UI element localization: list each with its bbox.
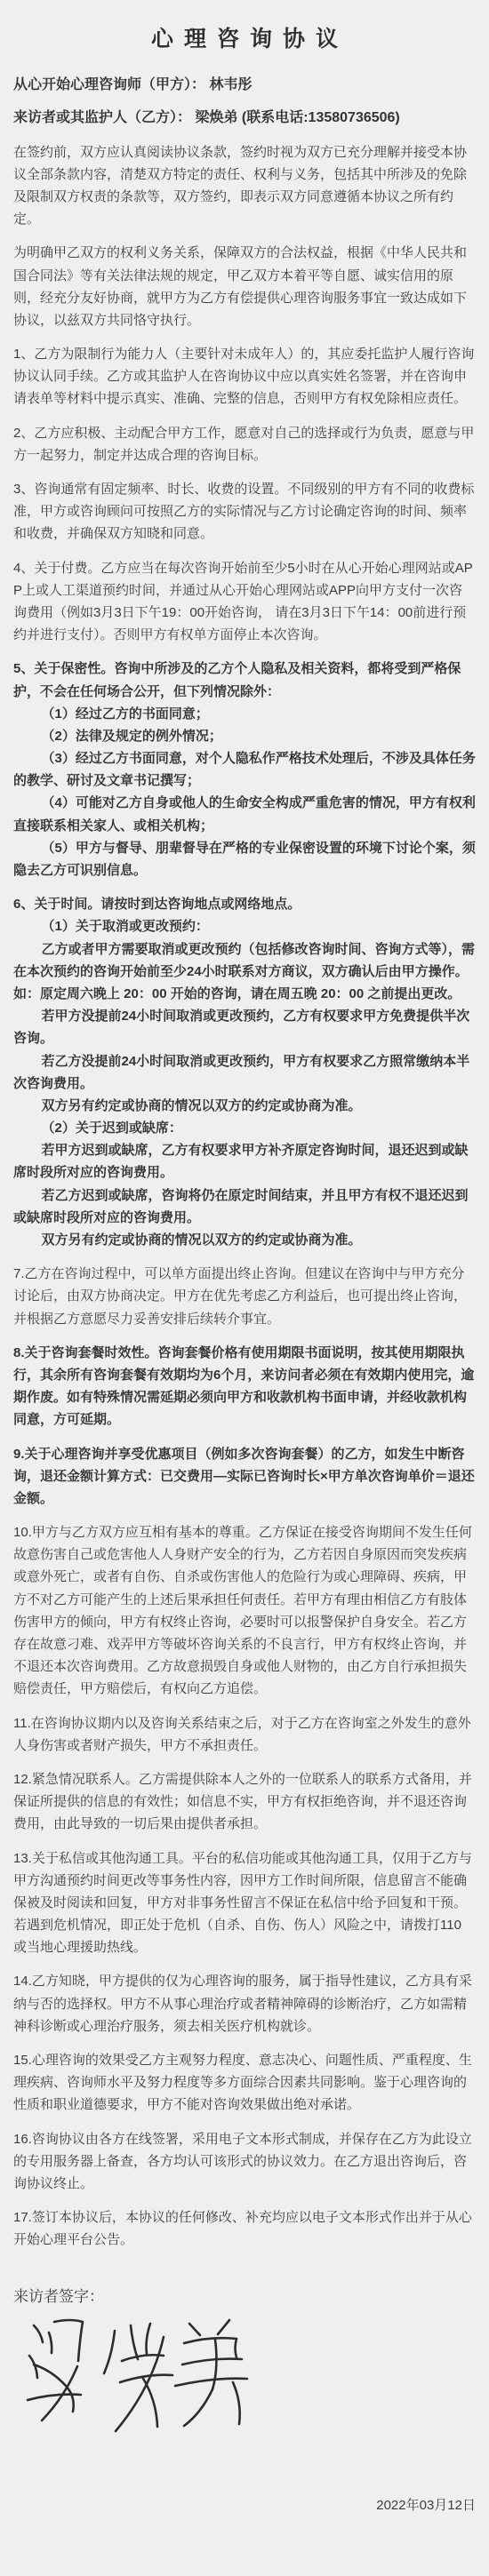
agreement-paragraph: （1）关于取消或更改预约： <box>13 915 476 937</box>
agreement-paragraph: 14.乙方知晓，甲方提供的仅为心理咨询的服务，属于指导性建议，乙方具有采纳与否的… <box>13 1970 476 2038</box>
agreement-paragraph: 若乙方迟到或缺席，咨询将仍在原定时间结束，并且甲方有权不退还迟到或缺席时段所对应… <box>13 1184 476 1229</box>
agreement-paragraph: 13.关于私信或其他沟通工具。平台的私信功能或其他沟通工具，仅用于乙方与甲方沟通… <box>13 1847 476 1959</box>
agreement-paragraph: （4）可能对乙方自身或他人的生命安全构成严重危害的情况，甲方有权利直接联系相关家… <box>13 792 476 836</box>
signature-area <box>22 2315 476 2452</box>
handwritten-signature-drawing <box>22 2315 262 2448</box>
agreement-paragraph: 若乙方没提前24小时间取消或更改预约，甲方有权要求乙方照常缴纳本半次咨询费用。 <box>13 1050 476 1095</box>
agreement-paragraph: （1）经过乙方的书面同意； <box>13 703 476 725</box>
party-a-line: 从心开始心理咨询师（甲方）： 林韦彤 <box>13 75 476 97</box>
agreement-paragraph: 1、乙方为限制行为能力人（主要针对未成年人）的，其应委托监护人履行咨询协议认同手… <box>13 343 476 411</box>
agreement-paragraph: （2）关于迟到或缺席： <box>13 1117 476 1139</box>
agreement-paragraph: 10.甲方与乙方双方应互相有基本的尊重。乙方保证在接受咨询期间不发生任何故意伤害… <box>13 1521 476 1701</box>
agreement-paragraph: 4、关于付费。乙方应当在每次咨询开始前至少5小时在从心开始心理网站或APP上或人… <box>13 557 476 647</box>
agreement-paragraph: 双方另有约定或协商的情况以双方的约定或协商为准。 <box>13 1229 476 1251</box>
agreement-paragraph: 在签约前，双方应认真阅读协议条款，签约时视为双方已充分理解并接受本协议全部条款内… <box>13 141 476 231</box>
agreement-paragraph: （2）法律及规定的例外情况； <box>13 725 476 747</box>
agreement-paragraph: 17.签订本协议后，本协议的任何修改、补充均应以电子文本形式作出并于从心开始心理… <box>13 2206 476 2251</box>
agreement-paragraph: 若甲方迟到或缺席，乙方有权要求甲方补齐原定咨询时间，退还迟到或缺席时段所对应的咨… <box>13 1139 476 1184</box>
agreement-paragraph: 6、关于时间。请按时到达咨询地点或网络地点。 <box>13 893 476 915</box>
agreement-paragraph: （3）经过乙方书面同意，对个人隐私作严格技术处理后，不涉及具体任务的教学、研讨及… <box>13 747 476 792</box>
agreement-paragraph: 16.咨询协议由各方在线签署，采用电子文本形式制成，并保存在乙方为此设立的专用服… <box>13 2128 476 2196</box>
party-b-line: 来访者或其监护人（乙方）： 梁焕弟 (联系电话:13580736506) <box>13 108 476 130</box>
agreement-paragraph: 3、咨询通常有固定频率、时长、收费的设置。不同级别的甲方有不同的收费标准，甲方或… <box>13 478 476 546</box>
agreement-paragraph: 8.关于咨询套餐时效性。咨询套餐价格有使用期限书面说明，按其使用期限执行，其余所… <box>13 1342 476 1432</box>
agreement-paragraph: 2、乙方应积极、主动配合甲方工作，愿意对自己的选择或行为负责，愿意与甲方一起努力… <box>13 422 476 467</box>
agreement-paragraph: 15.心理咨询的效果受乙方主观努力程度、意志决心、问题性质、严重程度、生理疾病、… <box>13 2049 476 2117</box>
agreement-paragraph: 9.关于心理咨询并享受优惠项目（例如多次咨询套餐）的乙方，如发生中断咨询，退还金… <box>13 1443 476 1511</box>
agreement-paragraph: 为明确甲乙双方的权利义务关系，保障双方的合法权益，根据《中华人民共和国合同法》等… <box>13 242 476 331</box>
agreement-document: 心理咨询协议 从心开始心理咨询师（甲方）： 林韦彤 来访者或其监护人（乙方）： … <box>0 0 489 2576</box>
agreement-paragraph: （5）甲方与督导、朋辈督导在严格的专业保密设置的环境下讨论个案，须隐去乙方可识别… <box>13 837 476 881</box>
visitor-signature-label: 来访者签字： <box>13 2284 476 2306</box>
agreement-paragraph: 7.乙方在咨询过程中，可以单方面提出终止咨询。但建议在咨询中与甲方充分讨论后，由… <box>13 1263 476 1330</box>
agreement-body: 在签约前，双方应认真阅读协议条款，签约时视为双方已充分理解并接受本协议全部条款内… <box>13 141 476 2252</box>
agreement-paragraph: 若甲方没提前24小时间取消或更改预约，乙方有权要求甲方免费提供半次咨询。 <box>13 1005 476 1049</box>
agreement-paragraph: 5、关于保密性。咨询中所涉及的乙方个人隐私及相关资料，都将受到严格保护，不会在任… <box>13 658 476 702</box>
agreement-paragraph: 双方另有约定或协商的情况以双方的约定或协商为准。 <box>13 1095 476 1117</box>
page-title: 心理咨询协议 <box>13 21 476 53</box>
signature-date: 2022年03月12日 <box>13 2495 476 2514</box>
agreement-paragraph: 12.紧急情况联系人。乙方需提供除本人之外的一位联系人的联系方式备用，并保证所提… <box>13 1768 476 1836</box>
agreement-paragraph: 乙方或者甲方需要取消或更改预约（包括修改咨询时间、咨询方式等），需在本次预约的咨… <box>13 938 476 1006</box>
agreement-paragraph: 11.在咨询协议期内以及咨询关系结束之后，对于乙方在咨询室之外发生的意外人身伤害… <box>13 1712 476 1757</box>
